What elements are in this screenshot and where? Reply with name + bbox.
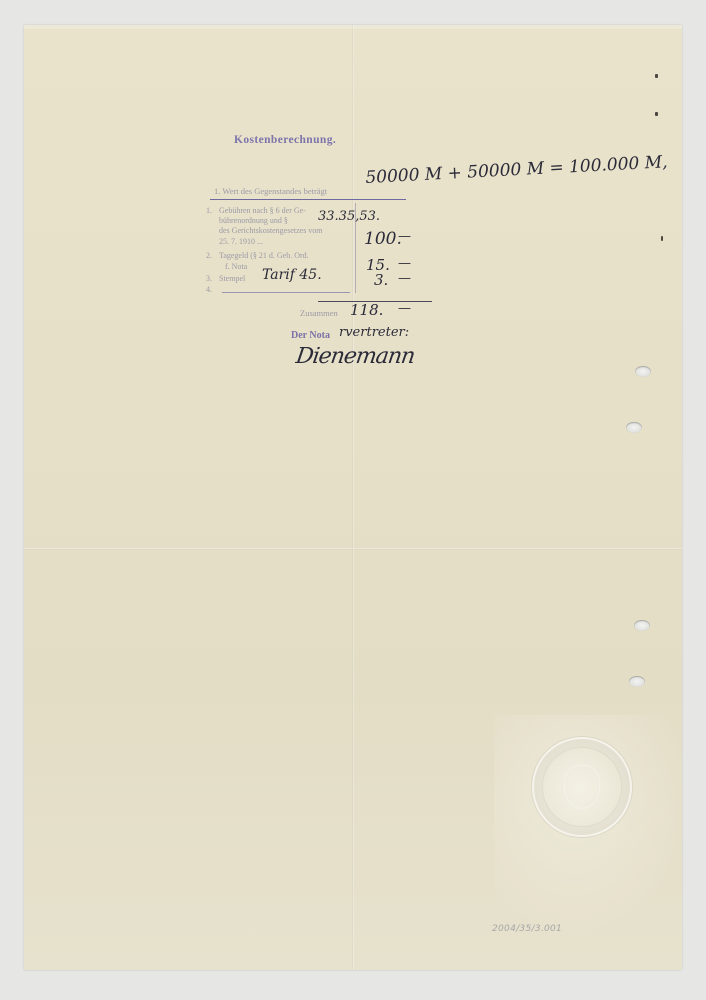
item-3-amount: 3. <box>374 271 388 289</box>
eagle-emblem-icon <box>564 765 600 809</box>
catalog-number: 2004/35/3.001 <box>492 924 562 934</box>
item-1-line-2: bührenordnung und § <box>219 216 288 225</box>
total-amount: 118. <box>350 301 383 319</box>
item-4-number: 4. <box>206 285 212 294</box>
item-1-amount-dash: — <box>398 229 411 244</box>
signer-label-handwritten: rvertreter: <box>339 325 409 340</box>
signer-label: Der Nota <box>291 330 330 341</box>
item-1-line-1: Gebühren nach § 6 der Ge- <box>219 206 306 215</box>
ink-speck <box>661 236 663 241</box>
punch-hole <box>635 366 651 377</box>
punch-hole <box>629 676 645 687</box>
item-3-line-1: Stempel <box>219 274 245 283</box>
item-1-line-3: des Gerichtskostengesetzes vom <box>219 226 323 235</box>
item-4-blank-line <box>222 292 350 293</box>
item-1-handwritten-ref: 33.35,53. <box>318 209 380 224</box>
item-2-line-1: Tagegeld (§ 21 d. Geb. Ord. <box>219 251 309 260</box>
item-3-number: 3. <box>206 274 212 283</box>
item-2-amount-dash: — <box>398 256 411 271</box>
ink-speck <box>655 112 658 116</box>
item-1-number: 1. <box>206 206 212 215</box>
item-1-line-4: 25. 7. 1910 ... <box>219 237 263 246</box>
punch-hole <box>626 422 642 433</box>
punch-hole <box>634 620 650 631</box>
item-3-amount-dash: — <box>398 271 411 286</box>
item-2-line-2: f. Nota <box>225 262 247 271</box>
item-1-amount: 100. <box>364 229 402 249</box>
item-2-number: 2. <box>206 251 212 260</box>
vertical-fold <box>352 25 354 970</box>
value-underline <box>210 199 406 200</box>
signature: Dienemann <box>294 344 416 369</box>
ink-speck <box>655 74 658 78</box>
value-line-label: 1. Wert des Gegenstandes beträgt <box>214 186 327 196</box>
item-3-handwritten-ref: Tarif 45. <box>262 267 322 283</box>
total-amount-dash: — <box>398 301 411 316</box>
embossed-seal <box>532 737 632 837</box>
total-label: Zusammen <box>300 308 338 318</box>
form-title: Kostenberechnung. <box>234 134 336 146</box>
